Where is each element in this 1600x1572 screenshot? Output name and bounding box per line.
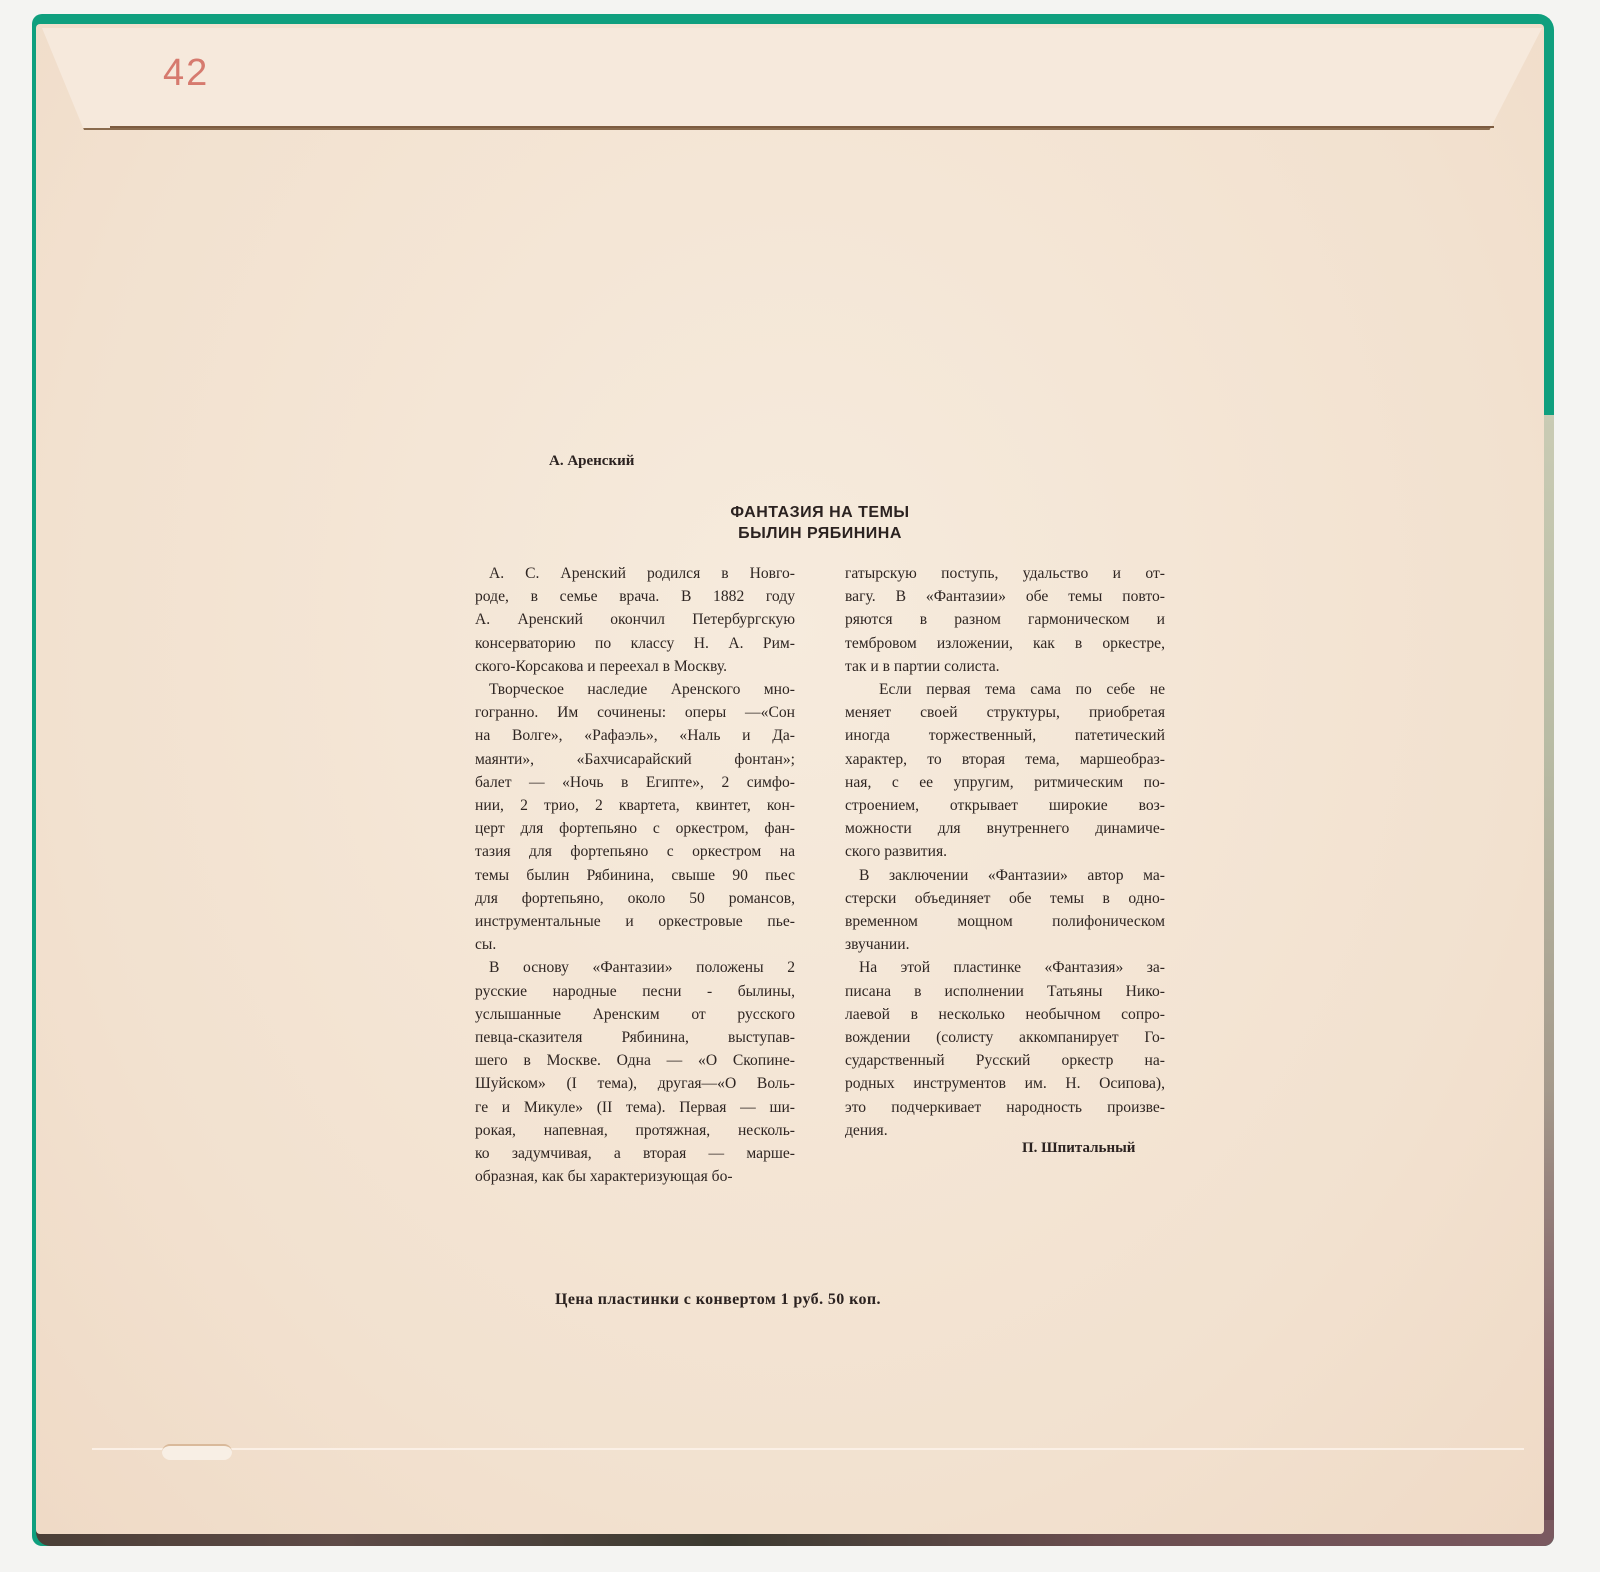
text-line: Если первая тема сама по себе не xyxy=(845,678,1165,701)
text-line: В основу «Фантазии» положены 2 xyxy=(475,956,795,979)
top-glued-flap xyxy=(42,28,1542,130)
text-line: так и в партии солиста. xyxy=(845,655,1165,678)
pencil-inventory-number: 42 xyxy=(163,52,209,95)
text-line: ко задумчивая, а вторая — марше- xyxy=(475,1142,795,1165)
text-line: А. Аренский окончил Петербургскую xyxy=(475,608,795,631)
text-line: тембровом изложении, как в оркестре, xyxy=(845,632,1165,655)
text-line: услышанные Аренским от русского xyxy=(475,1003,795,1026)
text-line: можности для внутреннего динамиче- xyxy=(845,817,1165,840)
text-line: нии, 2 трио, 2 квартета, квинтет, кон- xyxy=(475,794,795,817)
text-line: звучании. xyxy=(845,933,1165,956)
paragraph: На этой пластинке «Фантазия» за-писана в… xyxy=(845,956,1165,1142)
text-line: Творческое наследие Аренского мно- xyxy=(475,678,795,701)
text-line: гатырскую поступь, удальство и от- xyxy=(845,562,1165,585)
text-line: шего в Москве. Одна — «О Скопине- xyxy=(475,1049,795,1072)
text-line: роде, в семье врача. В 1882 году xyxy=(475,585,795,608)
text-line: стерски объединяет обе темы в одно- xyxy=(845,887,1165,910)
paragraph: В основу «Фантазии» положены 2русские на… xyxy=(475,956,795,1188)
text-line: меняет своей структуры, приобретая xyxy=(845,701,1165,724)
text-line: русские народные песни - былины, xyxy=(475,980,795,1003)
text-line: церт для фортепьяно с оркестром, фан- xyxy=(475,817,795,840)
text-line: инструментальные и оркестровые пье- xyxy=(475,910,795,933)
text-line: консерваторию по классу Н. А. Рим- xyxy=(475,632,795,655)
text-line: вагу. В «Фантазии» обе темы повто- xyxy=(845,585,1165,608)
text-line: строением, открывает широкие воз- xyxy=(845,794,1165,817)
text-line: тазия для фортепьяно с оркестром на xyxy=(475,840,795,863)
text-line: вождении (солисту аккомпанирует Го- xyxy=(845,1026,1165,1049)
text-line: ряются в разном гармоническом и xyxy=(845,608,1165,631)
title-line-1: ФАНТАЗИЯ НА ТЕМЫ xyxy=(640,502,1000,523)
price-line: Цена пластинки с конвертом 1 руб. 50 коп… xyxy=(555,1291,881,1309)
bottom-flap-tab xyxy=(162,1444,232,1460)
liner-notes-left-column: А. С. Аренский родился в Новго-роде, в с… xyxy=(475,562,795,1188)
text-line: ная, с ее упругим, ритмическим по- xyxy=(845,771,1165,794)
title-line-2: БЫЛИН РЯБИНИНА xyxy=(640,523,1000,544)
text-line: лаевой в несколько необычном сопро- xyxy=(845,1003,1165,1026)
text-line: образная, как бы характеризующая бо- xyxy=(475,1165,795,1188)
text-line: маянти», «Бахчисарайский фонтан»; xyxy=(475,748,795,771)
work-title: ФАНТАЗИЯ НА ТЕМЫ БЫЛИН РЯБИНИНА xyxy=(640,502,1000,544)
paragraph: В заключении «Фантазии» автор ма-стерски… xyxy=(845,864,1165,957)
text-line: ского развития. xyxy=(845,840,1165,863)
text-line: гогранно. Им сочинены: оперы —«Сон xyxy=(475,701,795,724)
text-line: временном мощном полифоническом xyxy=(845,910,1165,933)
text-line: ского-Корсакова и переехал в Москву. xyxy=(475,655,795,678)
paragraph: Если первая тема сама по себе неменяет с… xyxy=(845,678,1165,864)
paragraph: А. С. Аренский родился в Новго-роде, в с… xyxy=(475,562,795,678)
paragraph: гатырскую поступь, удальство и от-вагу. … xyxy=(845,562,1165,678)
liner-notes-right-column: гатырскую поступь, удальство и от-вагу. … xyxy=(845,562,1165,1142)
text-line: родных инструментов им. Н. Осипова), xyxy=(845,1072,1165,1095)
author-signature: П. Шпитальный xyxy=(1022,1140,1135,1157)
text-line: А. С. Аренский родился в Новго- xyxy=(475,562,795,585)
text-line: сы. xyxy=(475,933,795,956)
text-line: это подчеркивает народность произве- xyxy=(845,1096,1165,1119)
top-flap-edge xyxy=(110,126,1494,128)
text-line: иногда торжественный, патетический xyxy=(845,724,1165,747)
text-line: балет — «Ночь в Египте», 2 симфо- xyxy=(475,771,795,794)
text-line: темы былин Рябинина, свыше 90 пьес xyxy=(475,864,795,887)
text-line: ге и Микуле» (II тема). Первая — ши- xyxy=(475,1096,795,1119)
composer-name: А. Аренский xyxy=(549,453,634,470)
text-line: дения. xyxy=(845,1119,1165,1142)
text-line: сударственный Русский оркестр на- xyxy=(845,1049,1165,1072)
text-line: рокая, напевная, протяжная, несколь- xyxy=(475,1119,795,1142)
text-line: певца-сказителя Рябинина, выступав- xyxy=(475,1026,795,1049)
text-line: характер, то вторая тема, маршеобраз- xyxy=(845,748,1165,771)
bottom-flap-crease xyxy=(92,1448,1524,1450)
text-line: На этой пластинке «Фантазия» за- xyxy=(845,956,1165,979)
text-line: писана в исполнении Татьяны Нико- xyxy=(845,980,1165,1003)
paragraph: Творческое наследие Аренского мно-гогран… xyxy=(475,678,795,956)
text-line: для фортепьяно, около 50 романсов, xyxy=(475,887,795,910)
text-line: В заключении «Фантазии» автор ма- xyxy=(845,864,1165,887)
text-line: на Волге», «Рафаэль», «Наль и Да- xyxy=(475,724,795,747)
text-line: Шуйском» (I тема), другая—«О Воль- xyxy=(475,1072,795,1095)
